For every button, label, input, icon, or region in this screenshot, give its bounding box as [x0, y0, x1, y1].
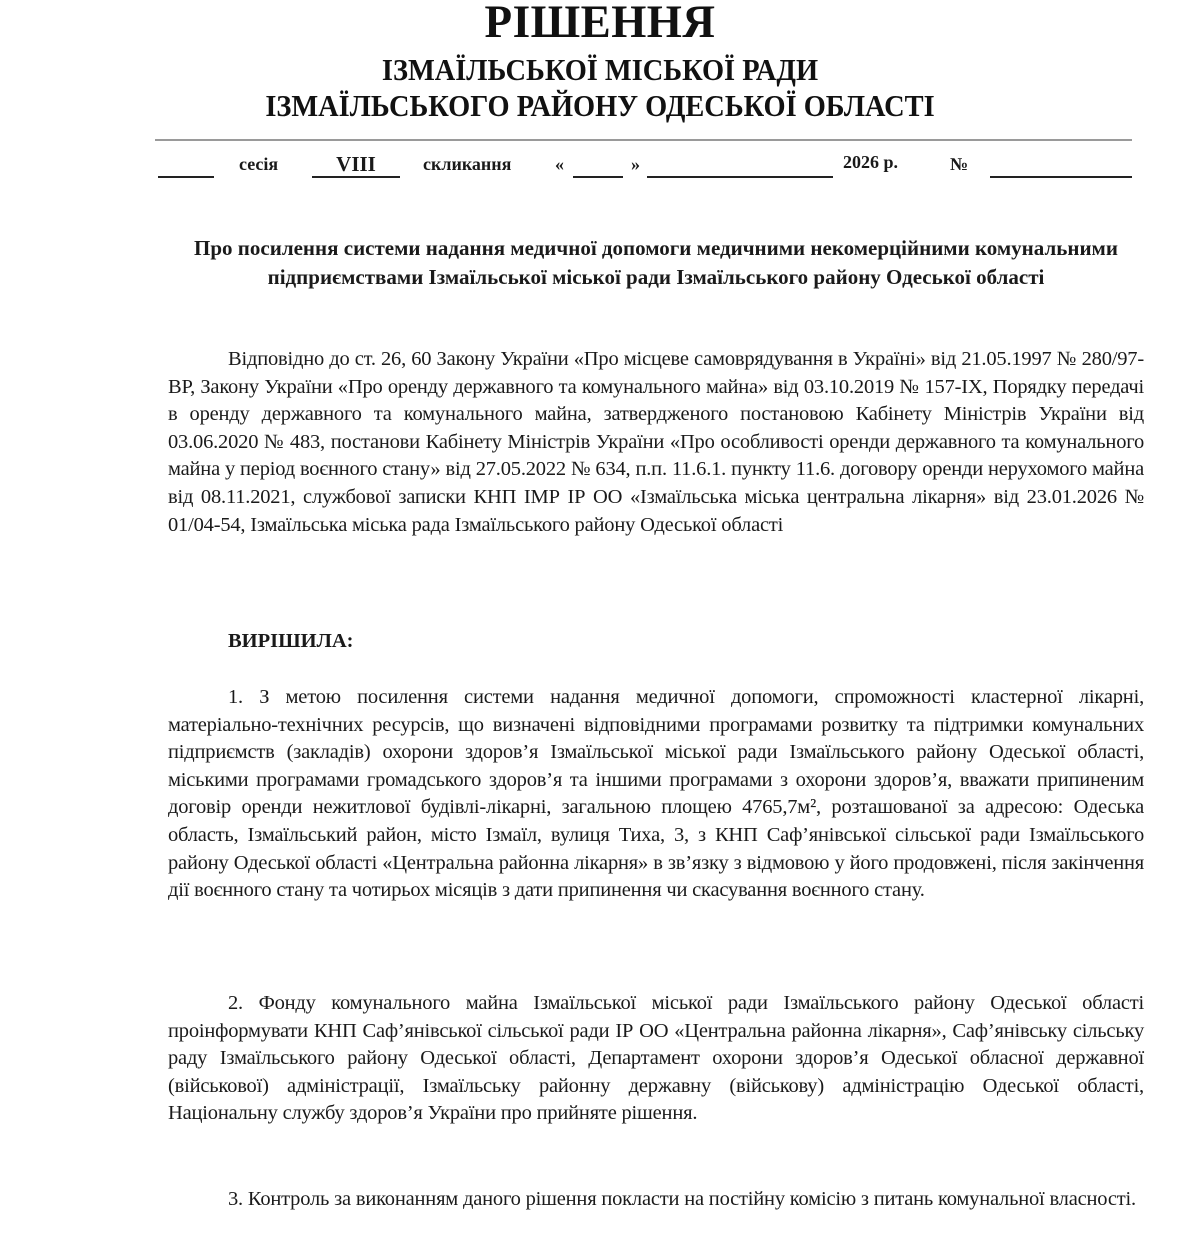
- date-quote-close: »: [631, 154, 640, 175]
- decision-number-blank[interactable]: [990, 176, 1132, 178]
- day-blank[interactable]: [573, 176, 623, 178]
- decision-item-1: 1. З метою посилення системи надання мед…: [168, 684, 1144, 905]
- decided-heading: ВИРІШИЛА:: [228, 628, 353, 655]
- council-name: ІЗМАЇЛЬСЬКОЇ МІСЬКОЇ РАДИ: [0, 52, 1200, 88]
- decision-item-2: 2. Фонду комунального майна Ізмаїльської…: [168, 990, 1144, 1128]
- session-line: сесія VIII скликання « » 2026 р. №: [0, 150, 1200, 182]
- session-label: сесія: [239, 154, 278, 175]
- document-title: РІШЕННЯ: [24, 0, 1176, 48]
- session-number-blank[interactable]: [158, 176, 214, 178]
- convocation-value: VIII: [312, 152, 400, 177]
- council-region: ІЗМАЇЛЬСЬКОГО РАЙОНУ ОДЕСЬКОЇ ОБЛАСТІ: [0, 88, 1200, 124]
- date-quote-open: «: [555, 154, 564, 175]
- year-label: 2026 р.: [843, 152, 898, 173]
- preamble-paragraph: Відповідно до ст. 26, 60 Закону України …: [168, 346, 1144, 539]
- header-divider: [155, 139, 1132, 141]
- decision-subject: Про посилення системи надання медичної д…: [168, 234, 1144, 292]
- month-blank[interactable]: [647, 176, 833, 178]
- convocation-label: скликання: [423, 154, 511, 175]
- decision-item-3: 3. Контроль за виконанням даного рішення…: [168, 1186, 1144, 1214]
- number-label: №: [950, 154, 968, 175]
